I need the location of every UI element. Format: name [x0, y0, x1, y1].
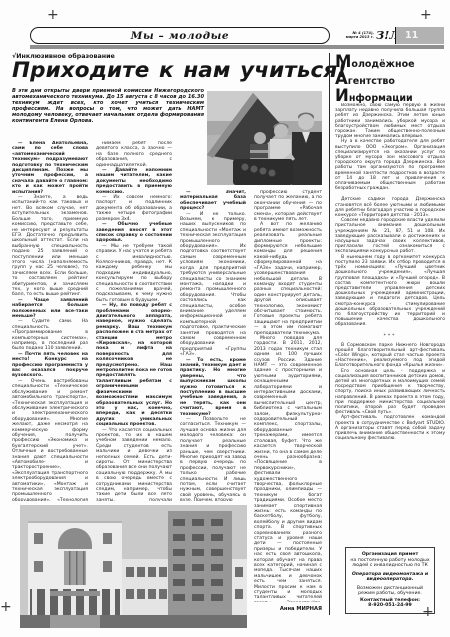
issue-date: марта 2013 г.	[334, 35, 374, 39]
article-headline: Приходите к нам учиться!	[12, 58, 326, 83]
engine-photo-illustration	[207, 91, 322, 185]
sidebar-news-feed: Возможно, свою самую первую в жизни зарп…	[335, 103, 445, 541]
sidebar-news-item: Возможно, свою самую первую в жизни зарп…	[335, 103, 445, 191]
building-photo-illustration	[20, 505, 247, 628]
newspaper-page: + + + + Мы – молодые № 4 (174), марта 20…	[0, 0, 450, 637]
sidebar-title-line: Молодёжное	[335, 55, 445, 72]
classified-ad: Организация приметна постоянную работу м…	[345, 547, 435, 614]
crop-mark: +	[420, 8, 432, 22]
sidebar-title-line: Агентство	[335, 72, 445, 89]
sidebar-title: Молодёжное Агентство Информации	[335, 55, 445, 106]
article-photo-college-building	[20, 505, 247, 628]
masthead: Мы – молодые	[30, 27, 330, 44]
article-column-1: — Елена Анатольевна, сами по себе слова …	[12, 141, 88, 501]
page-number: 11	[395, 27, 444, 44]
sidebar-news-item: Детские садики города Дзержинска становя…	[335, 197, 445, 327]
article-lead: В эти дни открыты двери приемной комисси…	[12, 89, 204, 124]
header-rule	[30, 45, 444, 49]
article-photo-students-engine	[207, 91, 322, 185]
issue-info: № 4 (174), марта 2013 г.	[334, 31, 374, 39]
article-column-2: нимаем ребят после девятого класса, а за…	[96, 141, 172, 501]
article-column-3: — Значит, материальная база обеспечивает…	[180, 190, 246, 501]
crop-mark: +	[0, 600, 12, 614]
crop-mark: +	[47, 8, 59, 22]
sidebar-news-item: В Сормовском парке Нижнего Новгорода про…	[335, 343, 445, 442]
sidebar-item-divider: ***	[335, 334, 445, 340]
column-divider	[329, 53, 330, 615]
article-author: Анна МИРНАЯ	[244, 606, 322, 612]
article-column-4: профессию студент получает по желанию, а…	[254, 190, 322, 602]
